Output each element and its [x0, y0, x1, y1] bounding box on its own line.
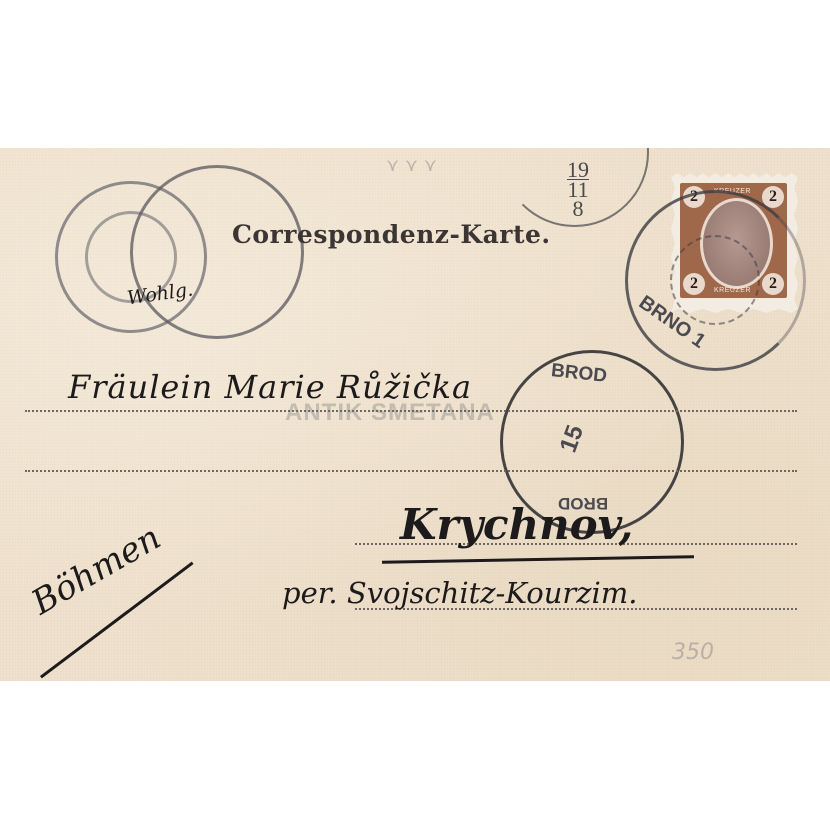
handwritten-town: Krychnov,	[400, 500, 633, 549]
partial-postmark-arc	[500, 148, 649, 227]
pencil-tick-marks: ⋎ ⋎ ⋎	[386, 155, 437, 176]
printed-title: Correspondenz-Karte.	[232, 220, 551, 249]
brno-postmark: BRNO 1	[625, 190, 806, 371]
zittolib-postmark	[130, 165, 304, 339]
postcard: ⋎ ⋎ ⋎ 19 11 8 Correspondenz-Karte. 2 2 2…	[0, 148, 830, 681]
address-line-1	[25, 410, 797, 412]
town-underline	[382, 555, 694, 563]
handwritten-region: Böhmen	[25, 518, 168, 623]
pencil-price-note: 350	[672, 640, 714, 665]
handwritten-via-line: per. Svojschitz-Kourzim.	[282, 576, 638, 610]
address-line-2	[25, 470, 797, 472]
handwritten-recipient: Fräulein Marie Růžička	[68, 368, 472, 406]
